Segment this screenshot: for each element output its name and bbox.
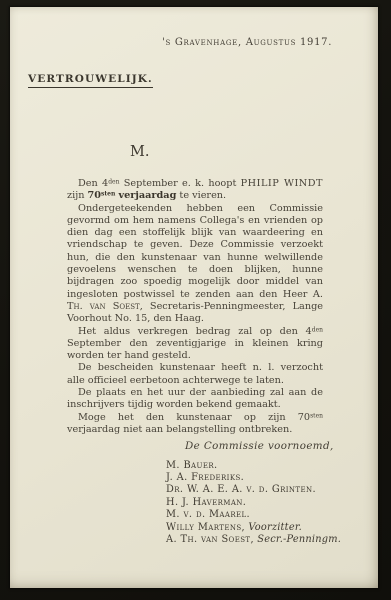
signatory-line: Dr. W. A. E. A. v. d. Grinten. bbox=[166, 484, 323, 496]
text-segment: te vieren. bbox=[176, 190, 226, 201]
text-segment: Moge het den kunstenaar op zijn 70 bbox=[78, 412, 310, 423]
body-paragraph: Het aldus verkregen bedrag zal op den 4d… bbox=[67, 326, 323, 363]
signatory-name: H. J. Haverman. bbox=[166, 497, 246, 508]
signatory-name: Willy Martens, bbox=[166, 522, 245, 533]
closing-line: De Commissie voornoemd, bbox=[185, 440, 323, 452]
body-paragraph: De bescheiden kunstenaar heeft n. l. ver… bbox=[67, 362, 323, 387]
signatory-role: Secr.-Penningm. bbox=[254, 534, 341, 545]
text-segment: sten bbox=[101, 191, 115, 198]
confidential-label: VERTROUWELIJK. bbox=[28, 73, 153, 88]
letter-body: Den 4den September e. k. hoopt PHILIP WI… bbox=[67, 178, 323, 436]
letter-document: 's Gravenhage, Augustus 1917. VERTROUWEL… bbox=[10, 7, 378, 588]
signatory-line: H. J. Haverman. bbox=[166, 497, 323, 509]
text-segment: Den 4 bbox=[78, 178, 108, 189]
text-segment: De bescheiden kunstenaar heeft n. l. ver… bbox=[67, 362, 323, 385]
signatory-line: M. v. d. Maarel. bbox=[166, 509, 323, 521]
salutation: M. bbox=[130, 144, 149, 160]
signatory-name: M. v. d. Maarel. bbox=[166, 509, 250, 520]
text-segment: 70 bbox=[88, 190, 101, 201]
text-segment: Het aldus verkregen bedrag zal op den 4 bbox=[78, 326, 312, 337]
text-segment: zijn bbox=[67, 190, 88, 201]
dateline: 's Gravenhage, Augustus 1917. bbox=[162, 37, 332, 48]
text-segment: PHILIP WINDT bbox=[241, 178, 323, 189]
body-paragraph: Ondergeteekenden hebben een Commissie ge… bbox=[67, 203, 323, 326]
signatory-name: A. Th. van Soest, bbox=[166, 534, 254, 545]
signatory-name: M. Bauer. bbox=[166, 460, 218, 471]
text-segment: De plaats en het uur der aanbieding zal … bbox=[67, 387, 323, 410]
text-segment: September e. k. hoopt bbox=[119, 178, 240, 189]
text-segment: den bbox=[108, 178, 119, 185]
body-paragraph: Moge het den kunstenaar op zijn 70sten v… bbox=[67, 412, 323, 437]
signatory-line: J. A. Frederiks. bbox=[166, 472, 323, 484]
signature-list: M. Bauer.J. A. Frederiks.Dr. W. A. E. A.… bbox=[166, 460, 323, 547]
text-segment: verjaardag niet aan belangstelling ontbr… bbox=[67, 424, 292, 435]
signatory-line: M. Bauer. bbox=[166, 460, 323, 472]
text-segment: September den zeventigjarige in kleinen … bbox=[67, 338, 323, 361]
signatory-role: Voorzitter. bbox=[245, 522, 302, 533]
signatory-name: Dr. W. A. E. A. v. d. Grinten. bbox=[166, 484, 316, 495]
body-paragraph: De plaats en het uur der aanbieding zal … bbox=[67, 387, 323, 412]
text-segment: den bbox=[312, 326, 323, 333]
signatory-name: J. A. Frederiks. bbox=[166, 472, 244, 483]
text-segment: Ondergeteekenden hebben een Commissie ge… bbox=[67, 203, 323, 300]
letter-content: Den 4den September e. k. hoopt PHILIP WI… bbox=[67, 178, 323, 546]
body-paragraph: Den 4den September e. k. hoopt PHILIP WI… bbox=[67, 178, 323, 203]
signatory-line: Willy Martens, Voorzitter. bbox=[166, 522, 323, 534]
signatory-line: A. Th. van Soest, Secr.-Penningm. bbox=[166, 534, 323, 546]
text-segment: verjaardag bbox=[118, 190, 176, 201]
text-segment: sten bbox=[310, 412, 323, 419]
photo-background: 's Gravenhage, Augustus 1917. VERTROUWEL… bbox=[0, 0, 391, 600]
